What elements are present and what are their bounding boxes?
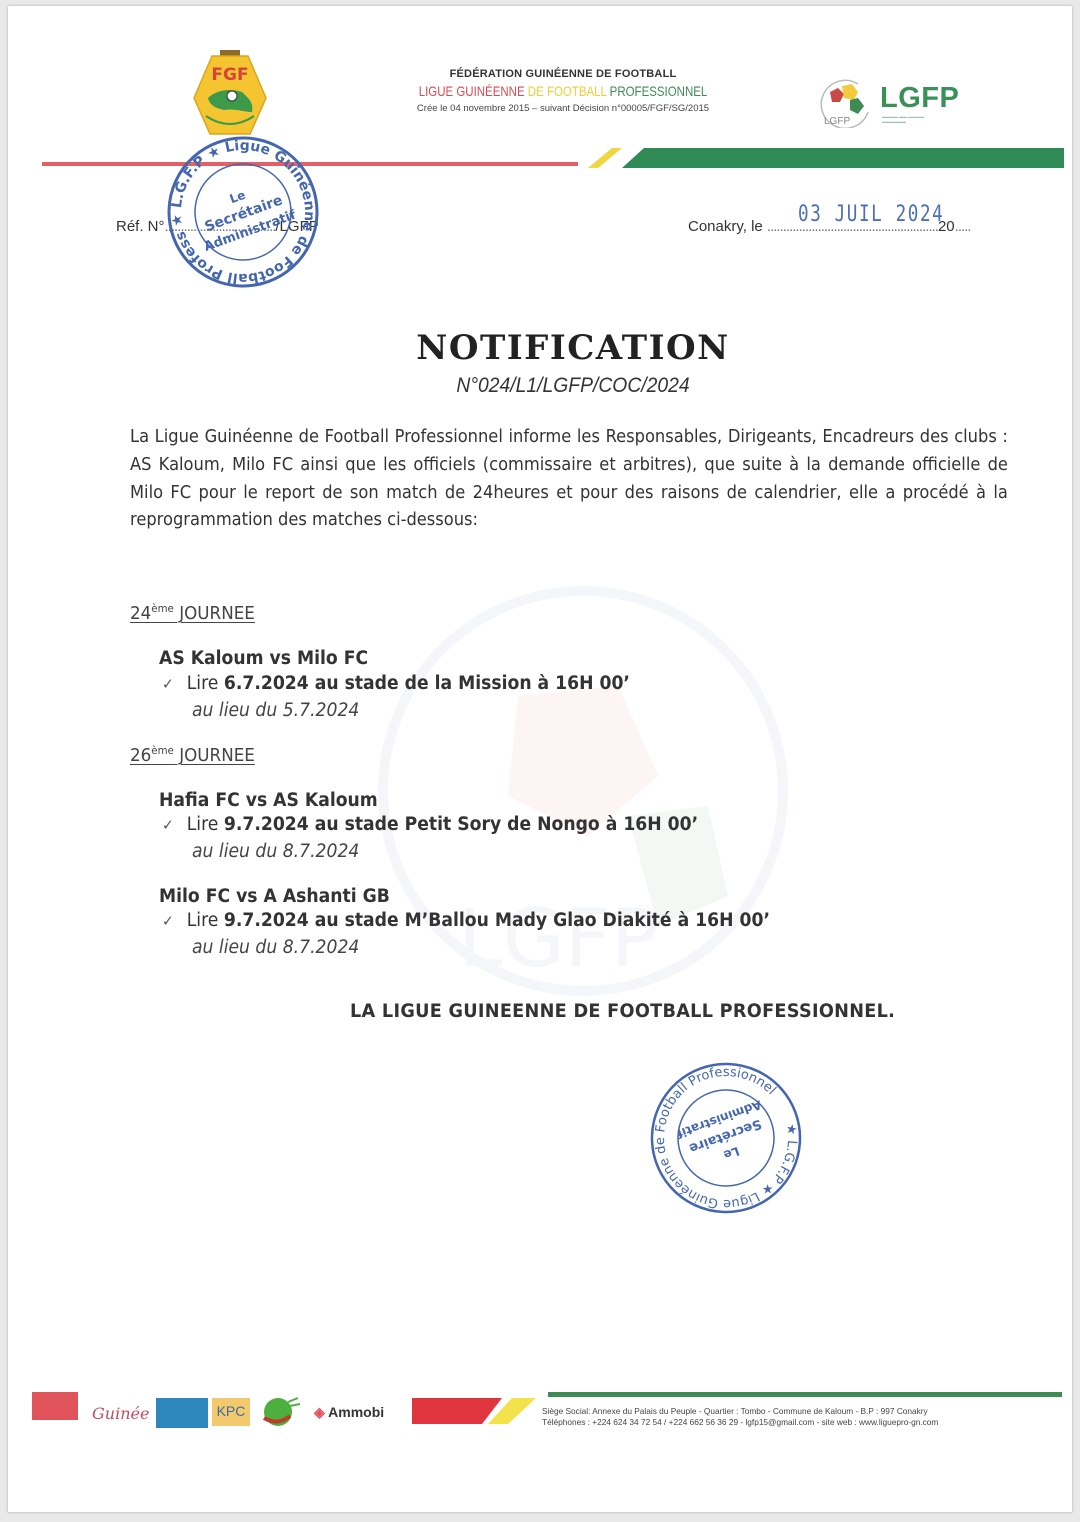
- sponsor-blue-logo: [156, 1398, 208, 1428]
- creation-note: Crée le 04 novembre 2015 – suivant Décis…: [348, 103, 778, 114]
- lgfp-wordmark: LGFP: [880, 82, 959, 115]
- match-original-date: au lieu du 5.7.2024: [192, 700, 359, 721]
- signoff: LA LIGUE GUINEENNE DE FOOTBALL PROFESSIO…: [350, 1000, 895, 1022]
- footer-red-block: [32, 1392, 78, 1420]
- sponsor-kpc-logo: KPC: [212, 1398, 250, 1426]
- checkmark-icon: ✓: [162, 675, 174, 693]
- lgfp-logo-icon: LGFP: [816, 76, 876, 128]
- header-green-bar: [622, 146, 1064, 170]
- notification-title: NOTIFICATION: [8, 328, 1080, 368]
- official-stamp-top: ★ L.G.F.P ★ Ligue Guinéenne de Football …: [166, 132, 320, 292]
- date-stamp: 03 JUIL 2024: [798, 202, 944, 227]
- footer-green-line: [548, 1392, 1062, 1397]
- match-new-schedule: ✓Lire 9.7.2024 au stade M’Ballou Mady Gl…: [162, 910, 770, 931]
- notification-number: N°024/L1/LGFP/COC/2024: [53, 374, 1080, 398]
- journee-heading: 24ème JOURNEE: [130, 602, 255, 624]
- league-name: LIGUE GUINÉENNE DE FOOTBALL PROFESSIONNE…: [387, 83, 740, 99]
- match-original-date: au lieu du 8.7.2024: [192, 937, 359, 958]
- document-page: FGF FÉDÉRATION GUINÉENNE DE FOOTBALL LIG…: [8, 6, 1072, 1512]
- match-title: Hafia FC vs AS Kaloum: [159, 790, 378, 811]
- lgfp-watermark: LGFP: [368, 576, 798, 1006]
- sponsor-green-logo-icon: [258, 1396, 300, 1428]
- footer-address: Siège Social: Annexe du Palais du Peuple…: [542, 1406, 938, 1428]
- match-new-schedule: ✓Lire 9.7.2024 au stade Petit Sory de No…: [162, 814, 698, 835]
- header-yellow-slash: [584, 146, 624, 170]
- match-new-schedule: ✓Lire 6.7.2024 au stade de la Mission à …: [162, 673, 630, 694]
- official-stamp-bottom: ★ L.G.F.P ★ Ligue Guinéenne de Football …: [648, 1060, 804, 1216]
- match-original-date: au lieu du 8.7.2024: [192, 841, 359, 862]
- checkmark-icon: ✓: [162, 912, 174, 930]
- svg-text:LGFP: LGFP: [824, 116, 850, 127]
- lgfp-tagline: ▬▬▬▬ ▬▬ ▬▬▬▬▬▬▬▬▬▬: [882, 114, 962, 124]
- match-title: Milo FC vs A Ashanti GB: [159, 886, 390, 907]
- footer-flag-bars: [412, 1396, 536, 1426]
- journee-heading: 26ème JOURNEE: [130, 744, 255, 766]
- sponsor-guinee-logo: Guinée: [92, 1404, 149, 1423]
- federation-name: FÉDÉRATION GUINÉENNE DE FOOTBALL: [348, 68, 778, 80]
- svg-text:Le: Le: [722, 1144, 742, 1163]
- svg-text:Le: Le: [228, 188, 248, 207]
- match-title: AS Kaloum vs Milo FC: [159, 648, 368, 669]
- notification-body: La Ligue Guinéenne de Football Professio…: [130, 424, 1008, 535]
- checkmark-icon: ✓: [162, 816, 174, 834]
- fgf-logo-icon: FGF: [190, 46, 270, 138]
- sponsor-ammobi-logo: ◈ Ammobi: [314, 1404, 384, 1421]
- svg-text:FGF: FGF: [211, 65, 248, 85]
- letterhead: FÉDÉRATION GUINÉENNE DE FOOTBALL LIGUE G…: [348, 68, 778, 114]
- svg-text:LGFP: LGFP: [458, 892, 659, 985]
